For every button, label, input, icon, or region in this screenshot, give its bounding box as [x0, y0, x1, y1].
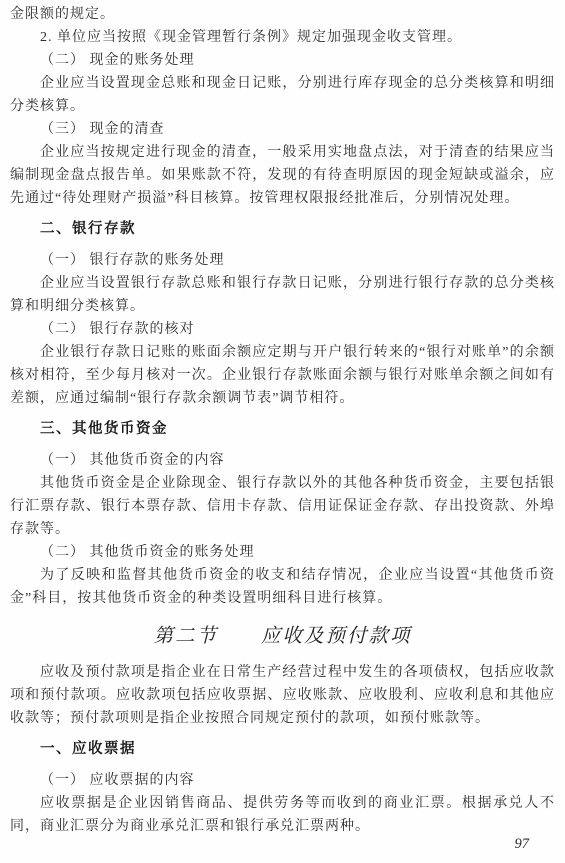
paragraph: 企业应当设置现金总账和现金日记账，分别进行库存现金的总分类核算和明细分类核算。 [10, 72, 555, 118]
page-number: 97 [515, 836, 530, 853]
document-body: 金限额的规定。2. 单位应当按照《现金管理暂行条例》规定加强现金收支管理。（二）… [10, 3, 555, 838]
paragraph: 企业银行存款日记账的账面余额应定期与开户银行转来的“银行对账单”的余额核对相符，… [10, 341, 555, 410]
paragraph: 应收及预付款项是指企业在日常生产经营过程中发生的各项债权，包括应收款项和预付款项… [10, 661, 555, 730]
subsection-heading: （三） 现金的清查 [10, 118, 555, 141]
section-heading: 一、应收票据 [10, 738, 555, 761]
paragraph: 2. 单位应当按照《现金管理暂行条例》规定加强现金收支管理。 [10, 26, 555, 49]
subsection-heading: （一） 其他货币资金的内容 [10, 449, 555, 472]
paragraph: 其他货币资金是企业除现金、银行存款以外的其他各种货币资金，主要包括银行汇票存款、… [10, 472, 555, 541]
book-page: 金限额的规定。2. 单位应当按照《现金管理暂行条例》规定加强现金收支管理。（二）… [0, 0, 565, 863]
paragraph: 企业应当按规定进行现金的清查，一般采用实地盘点法，对于清查的结果应当编制现金盘点… [10, 141, 555, 210]
section-heading: 二、银行存款 [10, 218, 555, 241]
subsection-heading: （二） 银行存款的核对 [10, 318, 555, 341]
paragraph: 为了反映和监督其他货币资金的收支和结存情况，企业应当设置“其他货币资金”科目，按… [10, 564, 555, 610]
continuation-paragraph: 金限额的规定。 [10, 3, 555, 26]
paragraph: 应收票据是企业因销售商品、提供劳务等而收到的商业汇票。根据承兑人不同，商业汇票分… [10, 792, 555, 838]
subsection-heading: （二） 其他货币资金的账务处理 [10, 541, 555, 564]
section-title: 第二节 应收及预付款项 [10, 623, 555, 651]
section-heading: 三、其他货币资金 [10, 418, 555, 441]
paragraph: 企业应当设置银行存款总账和银行存款日记账，分别进行银行存款的总分类核算和明细分类… [10, 272, 555, 318]
subsection-heading: （二） 现金的账务处理 [10, 49, 555, 72]
subsection-heading: （一） 银行存款的账务处理 [10, 249, 555, 272]
subsection-heading: （一） 应收票据的内容 [10, 769, 555, 792]
